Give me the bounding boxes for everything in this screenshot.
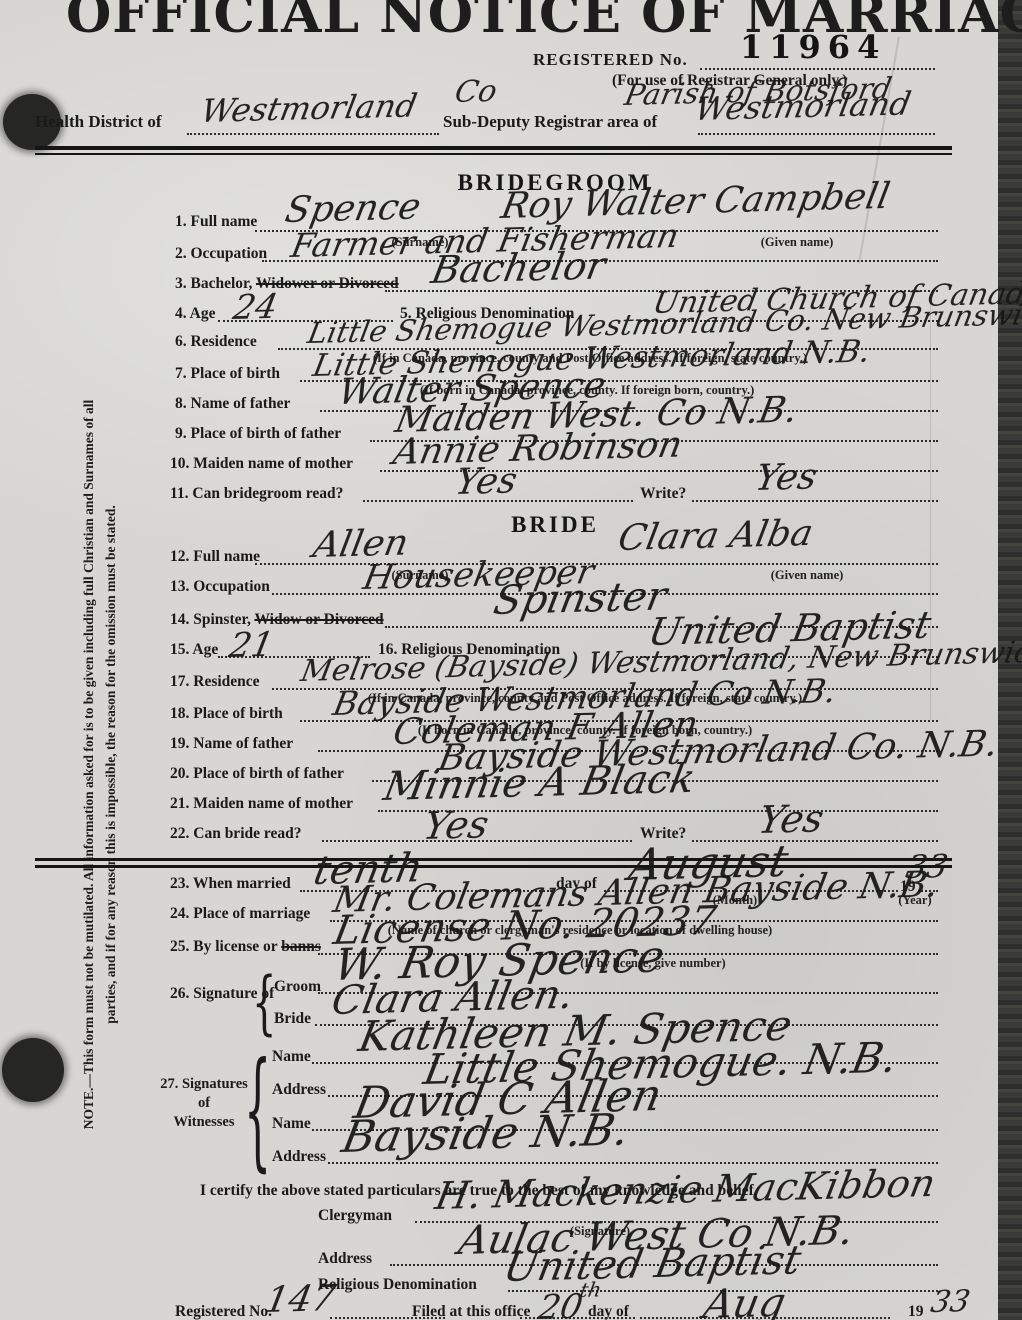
filing-registered-value: 147 [262, 1278, 339, 1320]
dotted-line [187, 133, 439, 135]
br-birthplace-label: 18. Place of birth [170, 705, 283, 723]
witness2-name-label: Name [272, 1115, 311, 1133]
bg-status-value: Bachelor [428, 244, 609, 292]
signature-brace: { [252, 962, 276, 1043]
witnesses-label: 27. Signatures of Witnesses [158, 1075, 250, 1132]
clergyman-religion-label: Religious Denomination [318, 1276, 477, 1294]
bg-mother-value: Annie Robinson [390, 425, 686, 473]
bg-full-name-label: 1. Full name [175, 213, 257, 231]
bg-write-label: Write? [640, 485, 686, 503]
filed-day-of-label: day of [588, 1303, 629, 1320]
witnesses-brace: { [244, 1036, 271, 1185]
place-of-marriage-label: 24. Place of marriage [170, 905, 310, 923]
bg-residence-label: 6. Residence [175, 333, 257, 351]
header-rule [35, 146, 952, 155]
filed-day-value: 20 [535, 1287, 586, 1320]
filed-year-prefix: 19 [908, 1303, 924, 1320]
br-father-label: 19. Name of father [170, 735, 293, 753]
br-read-value: Yes [420, 802, 492, 848]
sub-deputy-label: Sub-Deputy Registrar area of [443, 112, 657, 132]
br-given-value: Clara Alba [615, 513, 816, 559]
br-status-label: 14. Spinster, Widow or Divorced [170, 611, 384, 629]
br-literacy-label: 22. Can bride read? [170, 825, 301, 843]
license-label: 25. By license or banns [170, 938, 321, 956]
bride-signature-label: Bride [274, 1010, 311, 1028]
dotted-line [700, 68, 935, 70]
bg-birthplace-label: 7. Place of birth [175, 365, 280, 383]
registered-no-label: REGISTERED No. [533, 50, 688, 70]
filed-year-value: 33 [928, 1284, 973, 1320]
marriage-notice-scan: NOTE.—This form must not be mutilated. A… [0, 0, 1022, 1320]
bg-age-label: 4. Age [175, 305, 215, 323]
bg-given-caption: (Given name) [742, 236, 852, 249]
witnesses-label-line1: 27. Signatures [158, 1075, 250, 1094]
hole-punch-bottom [2, 1038, 64, 1102]
br-residence-label: 17. Residence [170, 673, 260, 691]
witness1-name-label: Name [272, 1048, 311, 1066]
bg-read-value: Yes [452, 460, 520, 503]
margin-note-line1: NOTE.—This form must not be mutilated. A… [78, 342, 100, 1187]
license-label-prefix: 25. By license or [170, 938, 277, 955]
filed-label: Filed at this office [412, 1303, 530, 1320]
margin-note: NOTE.—This form must not be mutilated. A… [78, 342, 121, 1187]
clergyman-address-label: Address [318, 1250, 372, 1268]
bg-literacy-label: 11. Can bridegroom read? [170, 485, 343, 503]
bg-status-label: 3. Bachelor, Widower or Divorced [175, 275, 399, 293]
witness1-address-label: Address [272, 1081, 326, 1099]
br-occupation-label: 13. Occupation [170, 578, 270, 596]
witnesses-label-line2: of [158, 1094, 250, 1113]
margin-note-line2: parties, and if for any reason this is i… [100, 342, 122, 1187]
br-mother-value: Minnie A Black [380, 756, 699, 810]
health-district-value: Westmorland [198, 86, 420, 130]
clergyman-value: H. Mackenzie MacKibbon [432, 1161, 939, 1218]
witness2-address-value: Bayside N.B. [338, 1105, 633, 1163]
witness2-address-label: Address [272, 1148, 326, 1166]
br-mother-label: 21. Maiden name of mother [170, 795, 353, 813]
dotted-line [698, 133, 935, 135]
clergyman-label: Clergyman [318, 1207, 392, 1225]
bride-heading: BRIDE [170, 512, 940, 538]
br-given-caption: (Given name) [752, 569, 862, 582]
county-annotation: Co [452, 74, 500, 110]
bg-age-value: 24 [230, 287, 281, 328]
groom-signature-label: Groom [274, 978, 321, 996]
br-status-value: Spinster [490, 574, 670, 624]
br-age-value: 21 [226, 625, 277, 666]
dotted-line [692, 500, 938, 502]
license-label-struck: banns [281, 938, 321, 955]
filed-month-value: Aug [700, 1280, 789, 1320]
bg-father-birthplace-label: 9. Place of birth of father [175, 425, 341, 443]
bg-father-label: 8. Name of father [175, 395, 290, 413]
br-full-name-label: 12. Full name [170, 548, 260, 566]
sub-deputy-value: Westmorland [692, 84, 914, 128]
health-district-label: Health District of [35, 112, 162, 132]
br-age-label: 15. Age [170, 641, 218, 659]
when-married-label: 23. When married [170, 875, 291, 893]
br-father-birthplace-label: 20. Place of birth of father [170, 765, 344, 783]
witnesses-label-line3: Witnesses [158, 1113, 250, 1132]
filing-registered-label: Registered No. [175, 1303, 272, 1320]
bg-occupation-label: 2. Occupation [175, 245, 267, 263]
bg-write-value: Yes [752, 456, 820, 499]
filed-day-suffix: th [578, 1277, 604, 1302]
registered-no-value: 11964 [740, 28, 886, 66]
section-rule [35, 858, 952, 868]
bg-mother-label: 10. Maiden name of mother [170, 455, 353, 473]
